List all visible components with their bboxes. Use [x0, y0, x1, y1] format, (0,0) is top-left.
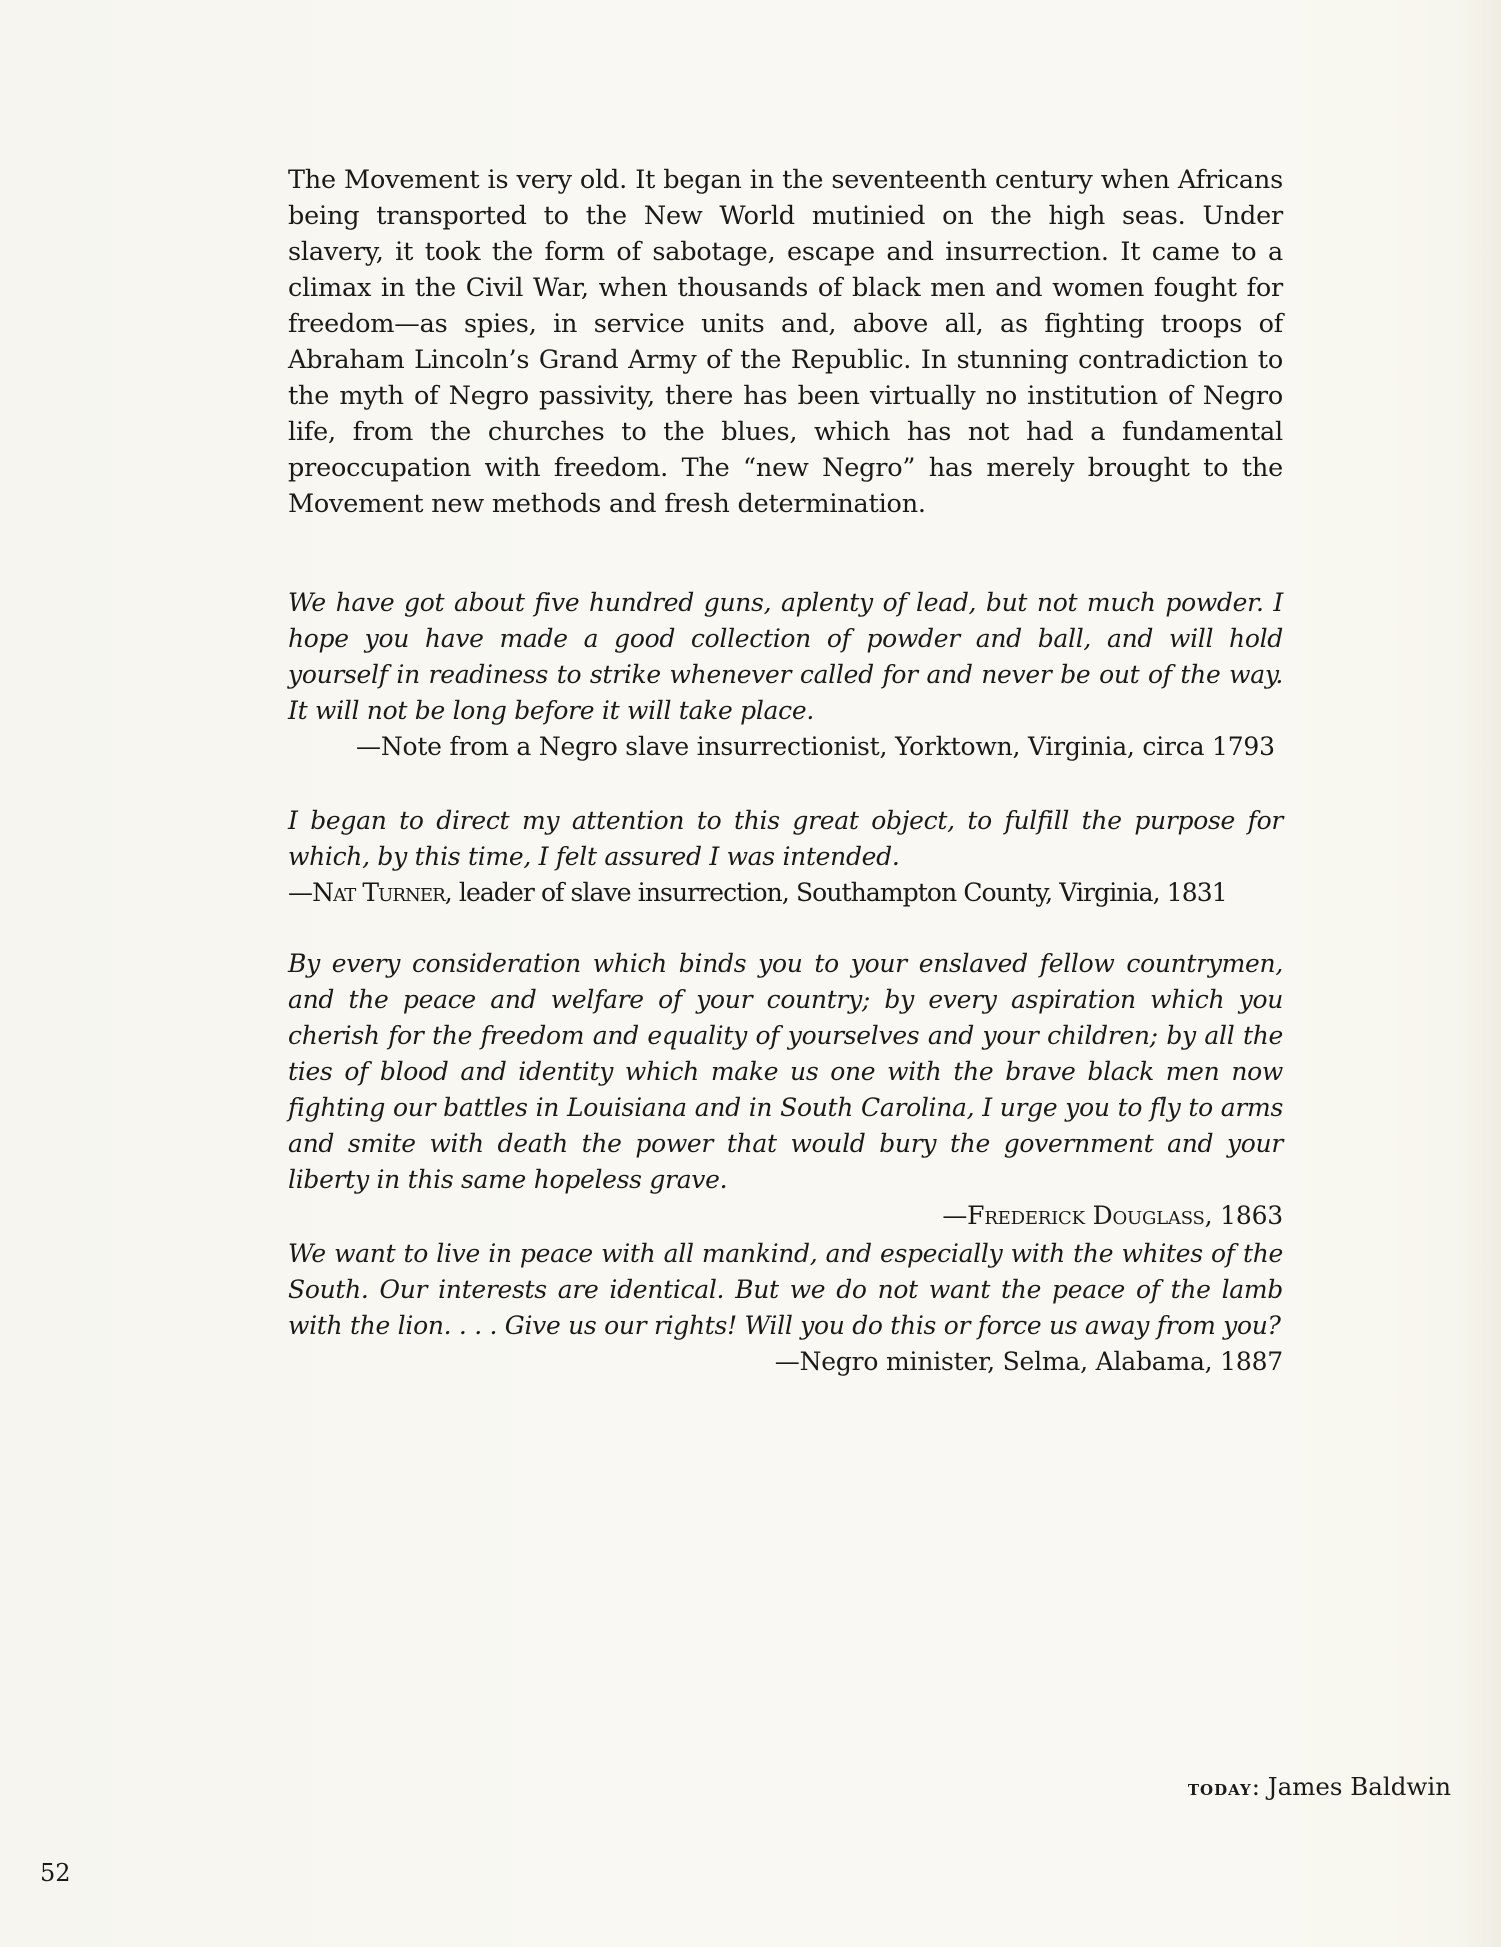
quote-attribution: —Negro minister, Selma, Alabama, 1887 [288, 1344, 1283, 1380]
quote-block-2: I began to direct my attention to this g… [288, 803, 1283, 911]
attribution-name: Nat Turner [312, 878, 445, 907]
quote-text: I began to direct my attention to this g… [288, 803, 1283, 875]
intro-paragraph-block: The Movement is very old. It began in th… [288, 162, 1283, 522]
running-head-label: today [1188, 1775, 1252, 1800]
attribution-text: , 1863 [1205, 1201, 1283, 1230]
attribution-text: , leader of slave insurrection, Southamp… [445, 878, 1227, 907]
intro-paragraph: The Movement is very old. It began in th… [288, 162, 1283, 522]
quote-block-4: We want to live in peace with all mankin… [288, 1236, 1283, 1380]
running-head-separator: : [1252, 1772, 1260, 1801]
attribution-dash: — [356, 732, 381, 761]
quote-attribution: —Frederick Douglass, 1863 [288, 1198, 1283, 1234]
book-page: The Movement is very old. It began in th… [0, 0, 1501, 1947]
quote-text: By every consideration which binds you t… [288, 946, 1283, 1198]
running-head-title: James Baldwin [1260, 1772, 1451, 1801]
attribution-dash: — [775, 1347, 800, 1376]
attribution-name: Frederick Douglass [967, 1201, 1205, 1230]
running-head: today: James Baldwin [1188, 1772, 1451, 1803]
attribution-dash: — [288, 878, 312, 907]
page-number: 52 [40, 1858, 71, 1888]
quote-text: We want to live in peace with all mankin… [288, 1236, 1283, 1344]
quote-attribution: —Nat Turner, leader of slave insurrectio… [288, 875, 1283, 911]
attribution-text: Note from a Negro slave insurrectionist,… [381, 732, 1275, 761]
quote-block-3: By every consideration which binds you t… [288, 946, 1283, 1234]
attribution-dash: — [942, 1201, 967, 1230]
quote-block-1: We have got about five hundred guns, apl… [288, 585, 1283, 765]
quote-attribution: —Note from a Negro slave insurrectionist… [288, 729, 1283, 765]
attribution-text: Negro minister, Selma, Alabama, 1887 [800, 1347, 1283, 1376]
quote-text: We have got about five hundred guns, apl… [288, 585, 1283, 729]
